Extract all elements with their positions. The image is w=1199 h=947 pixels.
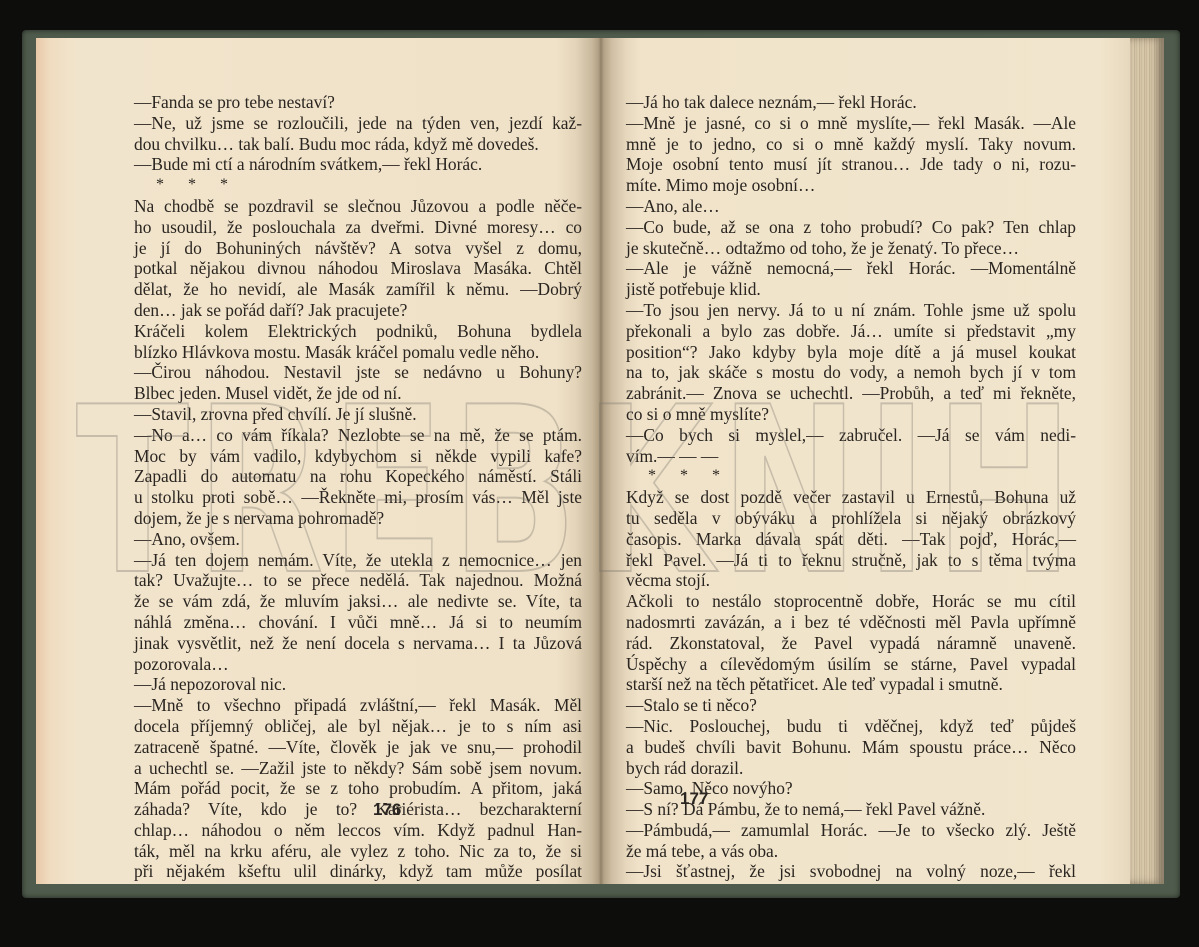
text-line: věcma stojí. (626, 570, 1076, 591)
text-line: časopis. Marka dávala spát děti. —Tak po… (626, 529, 1076, 550)
text-line: Na chodbě se pozdravil se slečnou Jůzovo… (134, 196, 582, 217)
text-line: potkal nějakou divnou náhodou Miroslava … (134, 258, 582, 279)
text-line: je skutečně… odtažmo od toho, že je žena… (626, 238, 1076, 259)
text-line: řekl Pavel. —Já ti to řeknu stručně, jak… (626, 550, 1076, 571)
text-line: při nějakém kšeftu ulil dinárky, když ta… (134, 861, 582, 882)
text-line: zabránit.— Znova se uchechtl. —Probůh, a… (626, 383, 1076, 404)
text-line: zatraceně špatné. —Víte, člověk je jak v… (134, 737, 582, 758)
text-line: každým rokem rodinku. Letos je tam posla… (134, 882, 582, 884)
text-line: Ačkoli to nestálo stoprocentně dobře, Ho… (626, 591, 1076, 612)
text-line: u stolku proti sobě… —Řekněte mi, prosím… (134, 487, 582, 508)
text-line: —Já ho tak dalece neznám,— řekl Horác. (626, 92, 1076, 113)
text-line: míte. Mimo moje osobní… (626, 175, 1076, 196)
text-line: jinak vysvětlit, než že není docela s ne… (134, 633, 582, 654)
text-line: dou chvilku… tak balí. Budu moc ráda, kd… (134, 134, 582, 155)
text-line: mně je to jedno, co si o mně každý myslí… (626, 134, 1076, 155)
section-break: * * * (626, 466, 1076, 487)
text-line: překonali a bylo zas dobře. Já… umíte si… (626, 321, 1076, 342)
text-line: den… jak se pořád daří? Jak pracujete? (134, 300, 582, 321)
text-line: rád. Zkonstatoval, že Pavel vypadá náram… (626, 633, 1076, 654)
text-line: docela příjemný obličej, ale byl nějak… … (134, 716, 582, 737)
text-line: —Ne, už jsme se rozloučili, jede na týde… (134, 113, 582, 134)
text-line: tak? Uvažujte… to se přece nedělá. Tak n… (134, 570, 582, 591)
text-line: —Stalo se ti něco? (626, 695, 1076, 716)
text-line: náhlá změna… chování. I vůči mně… Já si … (134, 612, 582, 633)
text-line: —Ale je vážně nemocná,— řekl Horác. —Mom… (626, 258, 1076, 279)
text-line: Úspěchy a cílevědomým úsilím se stárne, … (626, 654, 1076, 675)
text-line: —Co bude, až se ona z toho probudí? Co p… (626, 217, 1076, 238)
text-line: —Fanda se pro tebe nestaví? (134, 92, 582, 113)
text-line: Kráčeli kolem Elektrických podniků, Bohu… (134, 321, 582, 342)
text-line: —Ano, ale… (626, 196, 1076, 217)
text-line: —Nic. Poslouchej, budu ti vděčnej, když … (626, 716, 1076, 737)
text-line: —Jsi šťastnej, že jsi svobodnej na volný… (626, 861, 1076, 882)
left-page-text: —Fanda se pro tebe nestaví?—Ne, už jsme … (134, 92, 582, 884)
text-line: —Čirou náhodou. Nestavil jste se nedávno… (134, 362, 582, 383)
text-line: záhada? Víte, kdo je to? Kariérista… bez… (134, 799, 582, 820)
left-page: —Fanda se pro tebe nestaví?—Ne, už jsme … (36, 38, 600, 884)
text-line: —Co bych si myslel,— zabručel. —Já se vá… (626, 425, 1076, 446)
text-line: že má tebe, a vás oba. (626, 841, 1076, 862)
text-line: —Já nepozoroval nic. (134, 674, 582, 695)
right-page: —Já ho tak dalece neznám,— řekl Horác.—M… (600, 38, 1130, 884)
open-book: —Fanda se pro tebe nestaví?—Ne, už jsme … (36, 38, 1164, 884)
text-line: —Mně je jasné, co si o mně myslíte,— řek… (626, 113, 1076, 134)
text-line: je jí do Bohuniných návštěv? A sotva vyš… (134, 238, 582, 259)
text-line: dojem, že je s nervama pohromadě? (134, 508, 582, 529)
text-line: jistě potřebuje klid. (626, 279, 1076, 300)
page-number-right: 177 (680, 789, 708, 809)
text-line: —Já ten dojem nemám. Víte, že utekla z n… (134, 550, 582, 571)
text-line: —To jsou jen nervy. Já to u ní znám. Toh… (626, 300, 1076, 321)
text-line: pozorovala… (134, 654, 582, 675)
text-line: dělat, že ho nevidí, ale Masák zamířil k… (134, 279, 582, 300)
text-line: —Ano, ovšem. (134, 529, 582, 550)
page-number-left: 176 (373, 800, 401, 820)
text-line: —Stavil, zrovna před chvílí. Je jí slušn… (134, 404, 582, 425)
text-line: ho usoudil, že poslouchala za dveřmi. Di… (134, 217, 582, 238)
text-line: —Pámbudá,— zamumlal Horác. —Je to všecko… (626, 820, 1076, 841)
page-edges (1130, 38, 1164, 884)
text-line: Moc by vám vadilo, kdybychom si někde vy… (134, 446, 582, 467)
text-line: tu seděla v obýváku a prohlížela si něja… (626, 508, 1076, 529)
text-line: —Mně to všechno připadá zvláštní,— řekl … (134, 695, 582, 716)
text-line: nadosmrti zavázán, a i bez té vděčnosti … (626, 612, 1076, 633)
text-line: —No a… co vám říkala? Nezlobte se na mě,… (134, 425, 582, 446)
text-line: Zapadli do automatu na rohu Kopeckého ná… (134, 466, 582, 487)
text-line: bych rád dorazil. (626, 758, 1076, 779)
text-line: chlap… náhodou o něm leccos vím. Když pa… (134, 820, 582, 841)
text-line: blízko Hlávkova mostu. Masák kráčel poma… (134, 342, 582, 363)
text-line: Pavel najednou. (626, 882, 1076, 884)
text-line: Když se dost pozdě večer zastavil u Erne… (626, 487, 1076, 508)
text-line: ták, měl na krku aféru, ale vylez z toho… (134, 841, 582, 862)
text-line: a uchechtl se. —Zažil jste to někdy? Sám… (134, 758, 582, 779)
text-line: position“? Jako kdyby byla moje dítě a j… (626, 342, 1076, 363)
text-line: na to, jak skáče s mostu do vody, a nemo… (626, 362, 1076, 383)
text-line: Moje osobní tento musí jít stranou… Jde … (626, 154, 1076, 175)
text-line: Blbec jeden. Musel vidět, že jde od ní. (134, 383, 582, 404)
scan-scene: —Fanda se pro tebe nestaví?—Ne, už jsme … (0, 0, 1199, 947)
text-line: co si o mně myslíte? (626, 404, 1076, 425)
text-line: vím.— — — (626, 446, 1076, 467)
section-break: * * * (134, 175, 582, 196)
text-line: Mám pořád pocit, že se z toho probudím. … (134, 778, 582, 799)
text-line: a budeš chvíli bavit Bohunu. Mám spoustu… (626, 737, 1076, 758)
text-line: —Bude mi ctí a národním svátkem,— řekl H… (134, 154, 582, 175)
text-line: starší než na těch pětatřicet. Ale teď v… (626, 674, 1076, 695)
text-line: že se vám zdá, že mluvím jaksi… ale nedi… (134, 591, 582, 612)
right-page-text: —Já ho tak dalece neznám,— řekl Horác.—M… (626, 92, 1076, 884)
